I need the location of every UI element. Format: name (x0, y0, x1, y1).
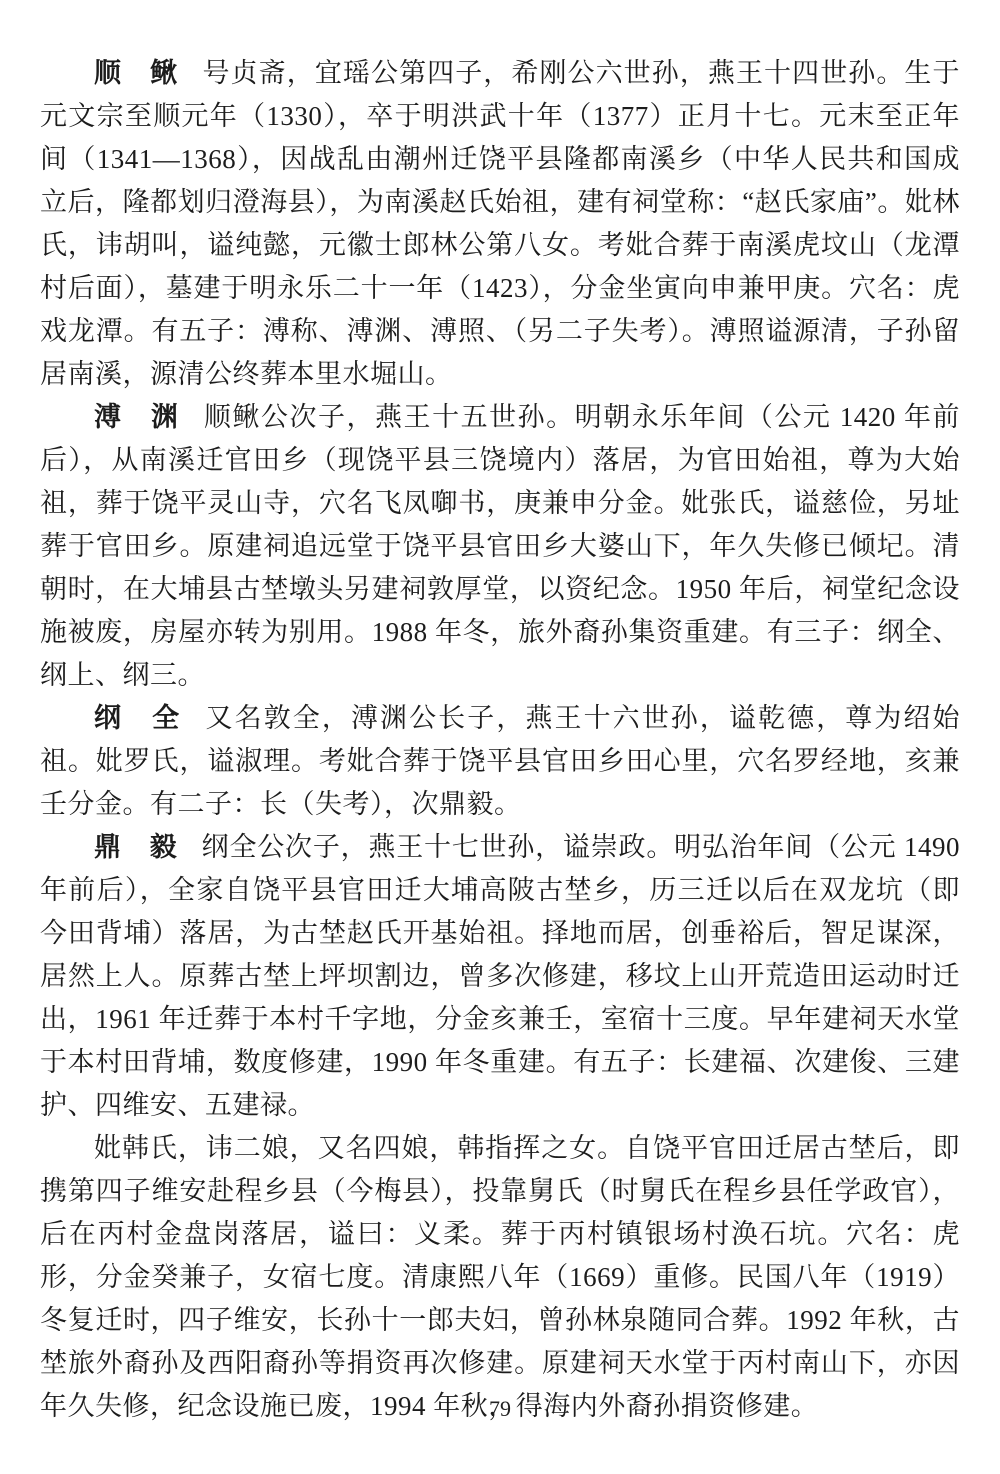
ancestor-name-shunqiu: 顺 鳅 (94, 58, 178, 88)
paragraph-text: 顺鳅公次子，燕王十五世孙。明朝永乐年间（公元 1420 年前后），从南溪迁官田乡… (40, 402, 960, 690)
ancestor-name-puyuan: 溥 渊 (94, 402, 180, 432)
page-number: 79 (0, 1396, 1000, 1422)
ancestor-name-gangquan: 纲 全 (94, 703, 181, 733)
genealogy-paragraph-gangquan: 纲 全又名敦全，溥渊公长子，燕王十六世孙，谥乾德，尊为绍始祖。妣罗氏，谥淑理。考… (40, 697, 960, 826)
document-page: 顺 鳅号贞斋，宜瑶公第四子，希刚公六世孙，燕王十四世孙。生于元文宗至顺元年（13… (0, 0, 1000, 1474)
paragraph-text: 纲全公次子，燕王十七世孙，谥崇政。明弘治年间（公元 1490 年前后），全家自饶… (40, 832, 960, 1120)
ancestor-name-dingyi: 鼎 毅 (94, 832, 177, 862)
genealogy-paragraph-puyuan: 溥 渊顺鳅公次子，燕王十五世孙。明朝永乐年间（公元 1420 年前后），从南溪迁… (40, 396, 960, 697)
genealogy-paragraph-dingyi: 鼎 毅纲全公次子，燕王十七世孙，谥崇政。明弘治年间（公元 1490 年前后），全… (40, 826, 960, 1127)
paragraph-text: 妣韩氏，讳二娘，又名四娘，韩指挥之女。自饶平官田迁居古埜后，即携第四子维安赴程乡… (40, 1133, 960, 1421)
genealogy-text-block: 顺 鳅号贞斋，宜瑶公第四子，希刚公六世孙，燕王十四世孙。生于元文宗至顺元年（13… (40, 52, 960, 1428)
paragraph-text: 号贞斋，宜瑶公第四子，希刚公六世孙，燕王十四世孙。生于元文宗至顺元年（1330）… (40, 58, 960, 389)
genealogy-paragraph-bihanshi: 妣韩氏，讳二娘，又名四娘，韩指挥之女。自饶平官田迁居古埜后，即携第四子维安赴程乡… (40, 1127, 960, 1428)
genealogy-paragraph-shunqiu: 顺 鳅号贞斋，宜瑶公第四子，希刚公六世孙，燕王十四世孙。生于元文宗至顺元年（13… (40, 52, 960, 396)
